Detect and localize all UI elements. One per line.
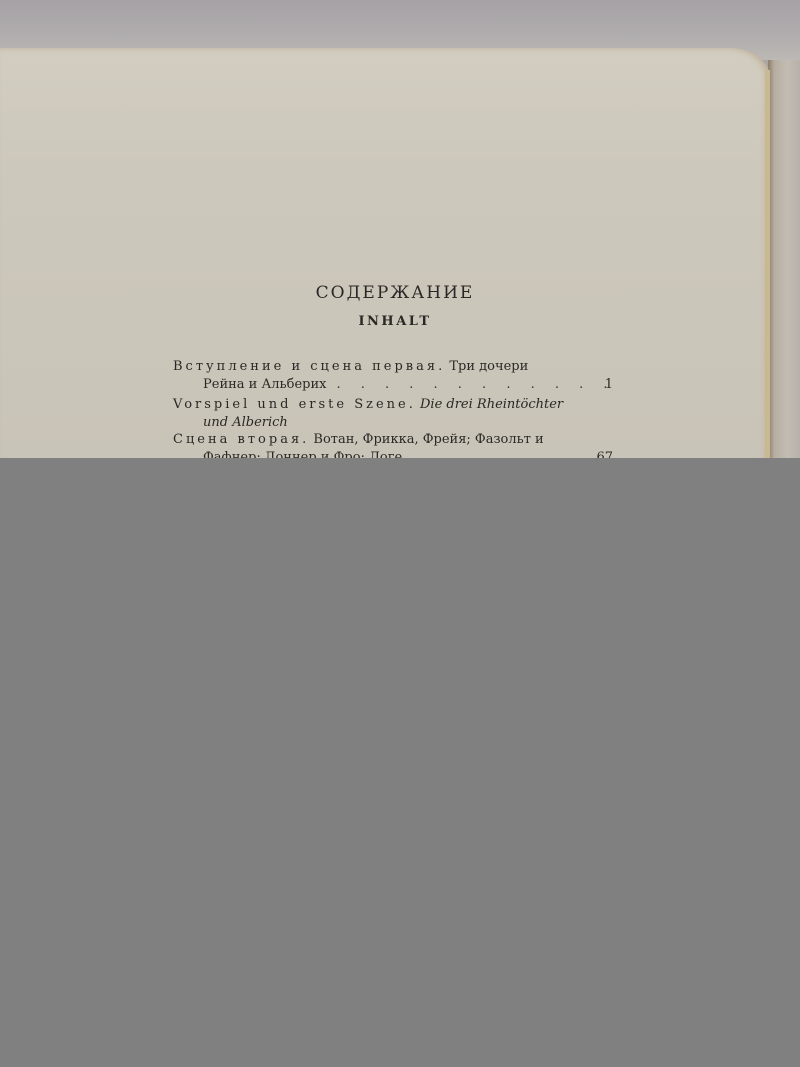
- leader-dots: . . . . . . . . . . . .: [336, 377, 615, 392]
- page-number: 1: [605, 376, 613, 394]
- toc-entry-1: Вступление и сцена первая. Три дочери Ре…: [173, 358, 613, 394]
- entry-rest: Вотан, Фрикка, Фрейя; Фазольт и: [309, 432, 543, 447]
- entry-rest: Die drei Rheintöchter: [416, 397, 563, 412]
- entry-line2: und Alberich: [203, 415, 288, 430]
- page-edge: [765, 70, 770, 458]
- toc-entry-2: Vorspiel und erste Szene. Die drei Rhein…: [173, 396, 613, 432]
- entry-rest: Три дочери: [445, 359, 528, 374]
- entry-lead: Vorspiel und erste Szene.: [173, 397, 416, 412]
- contents-title-ru: СОДЕРЖАНИЕ: [0, 283, 790, 303]
- contents-title-de: INHALT: [0, 314, 790, 329]
- grey-occlusion: [0, 458, 800, 1067]
- entry-lead: Сцена вторая.: [173, 432, 309, 447]
- entry-lead: Вступление и сцена первая.: [173, 359, 445, 374]
- book-cover: [768, 60, 800, 460]
- entry-line2: Рейна и Альберих: [203, 377, 326, 392]
